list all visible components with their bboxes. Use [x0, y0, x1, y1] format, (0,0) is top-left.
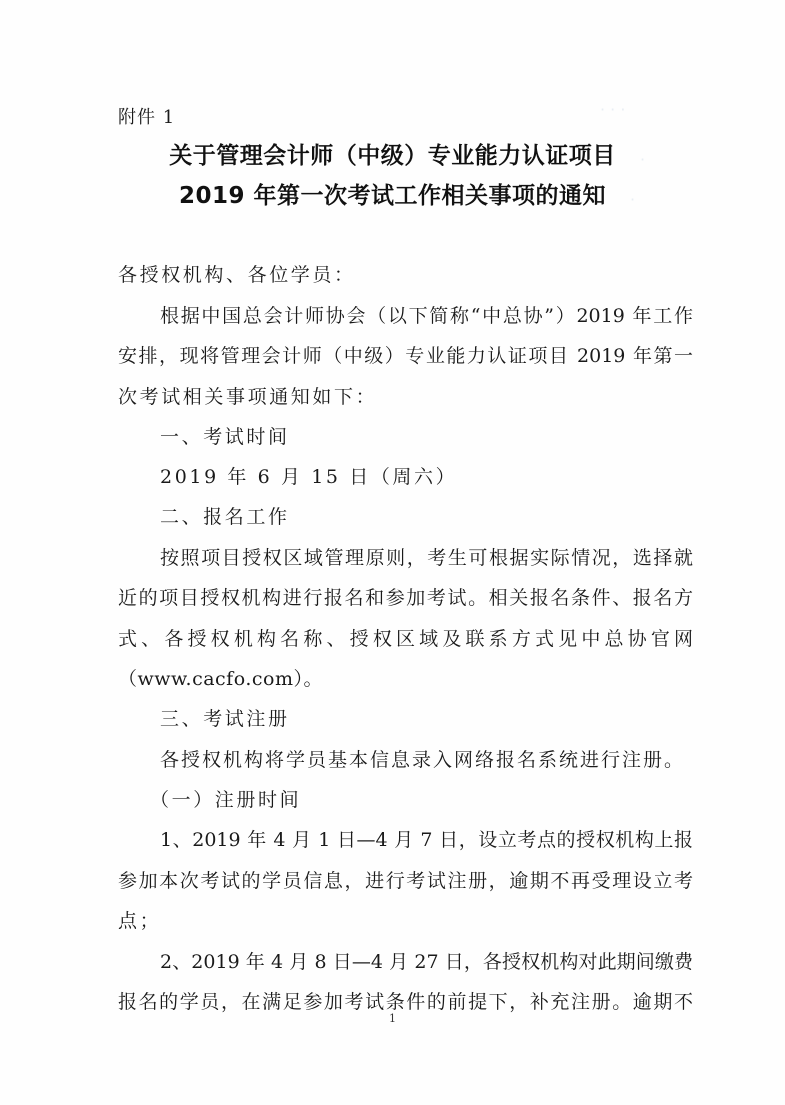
section-heading-exam-enrollment: 三、考试注册 [160, 707, 693, 731]
exam-date: 2019 年 6 月 15 日（周六） [160, 465, 693, 489]
page-number: 1 [0, 1012, 785, 1025]
enrollment-item-line: 点； [118, 909, 693, 933]
enrollment-item-line: 报名的学员，在满足参加考试条件的前提下，补充注册。逾期不 [118, 990, 693, 1014]
section-heading-registration: 二、报名工作 [160, 505, 693, 529]
subheading-registration-time: （一）注册时间 [150, 788, 725, 812]
section-heading-exam-time: 一、考试时间 [160, 425, 693, 449]
document-title-line-2: 2019 年第一次考试工作相关事项的通知 [0, 181, 785, 211]
enrollment-item-line: 1、2019 年 4 月 1 日—4 月 7 日，设立考点的授权机构上报 [160, 828, 693, 852]
document-title-line-1: 关于管理会计师（中级）专业能力认证项目 [0, 141, 785, 171]
intro-line: 次考试相关事项通知如下： [118, 385, 693, 409]
website-link[interactable]: （www.cacfo.com）。 [118, 667, 693, 691]
registration-line: 近的项目授权机构进行报名和参加考试。相关报名条件、报名方 [118, 586, 693, 610]
registration-line: 式、各授权机构名称、授权区域及联系方式见中总协官网 [118, 627, 693, 651]
intro-line: 根据中国总会计师协会（以下简称“中总协”）2019 年工作 [160, 304, 693, 328]
bleed-through-mark: · · · [600, 100, 625, 119]
attachment-label: 附件 1 [118, 106, 175, 130]
salutation: 各授权机构、各位学员： [118, 263, 693, 287]
intro-line: 安排，现将管理会计师（中级）专业能力认证项目 2019 年第一 [118, 344, 693, 368]
registration-line: 按照项目授权区域管理原则，考生可根据实际情况，选择就 [160, 546, 693, 570]
enrollment-item-line: 参加本次考试的学员信息，进行考试注册，逾期不再受理设立考 [118, 869, 693, 893]
enrollment-item-line: 2、2019 年 4 月 8 日—4 月 27 日，各授权机构对此期间缴费 [160, 950, 693, 974]
enrollment-body: 各授权机构将学员基本信息录入网络报名系统进行注册。 [160, 748, 693, 772]
document-page: · · · · · 附件 1 关于管理会计师（中级）专业能力认证项目 2019 … [0, 0, 785, 1105]
